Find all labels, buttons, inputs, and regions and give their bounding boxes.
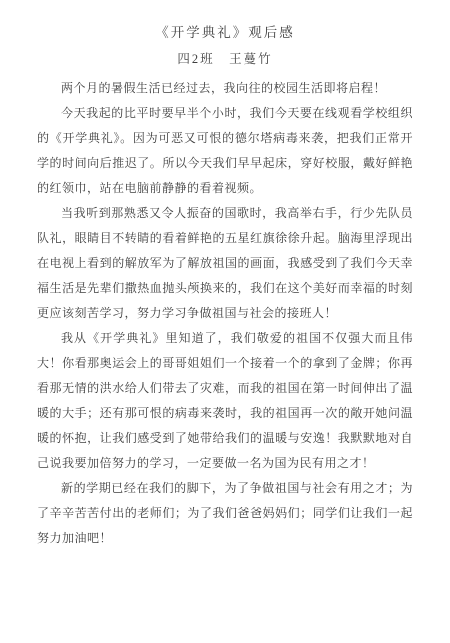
essay-title: 《开学典礼》观后感 <box>37 20 413 46</box>
essay-paragraph: 今天我起的比平时要早半个小时，我们今天要在线观看学校组织的《开学典礼》。因为可恶… <box>37 101 413 201</box>
essay-body: 两个月的暑假生活已经过去，我向往的校园生活即将启程！ 今天我起的比平时要早半个小… <box>37 76 413 551</box>
essay-paragraph: 新的学期已经在我们的脚下，为了争做祖国与社会有用之才；为了辛辛苦苦付出的老师们；… <box>37 476 413 551</box>
essay-paragraph: 当我听到那熟悉又令人振奋的国歌时，我高举右手，行少先队员队礼，眼睛目不转睛的看着… <box>37 201 413 326</box>
essay-byline: 四2班 王蔓竹 <box>37 46 413 72</box>
essay-paragraph: 我从《开学典礼》里知道了，我们敬爱的祖国不仅强大而且伟大！你看那奥运会上的哥哥姐… <box>37 326 413 476</box>
essay-document: 《开学典礼》观后感 四2班 王蔓竹 两个月的暑假生活已经过去，我向往的校园生活即… <box>0 0 450 643</box>
essay-paragraph: 两个月的暑假生活已经过去，我向往的校园生活即将启程！ <box>37 76 413 101</box>
